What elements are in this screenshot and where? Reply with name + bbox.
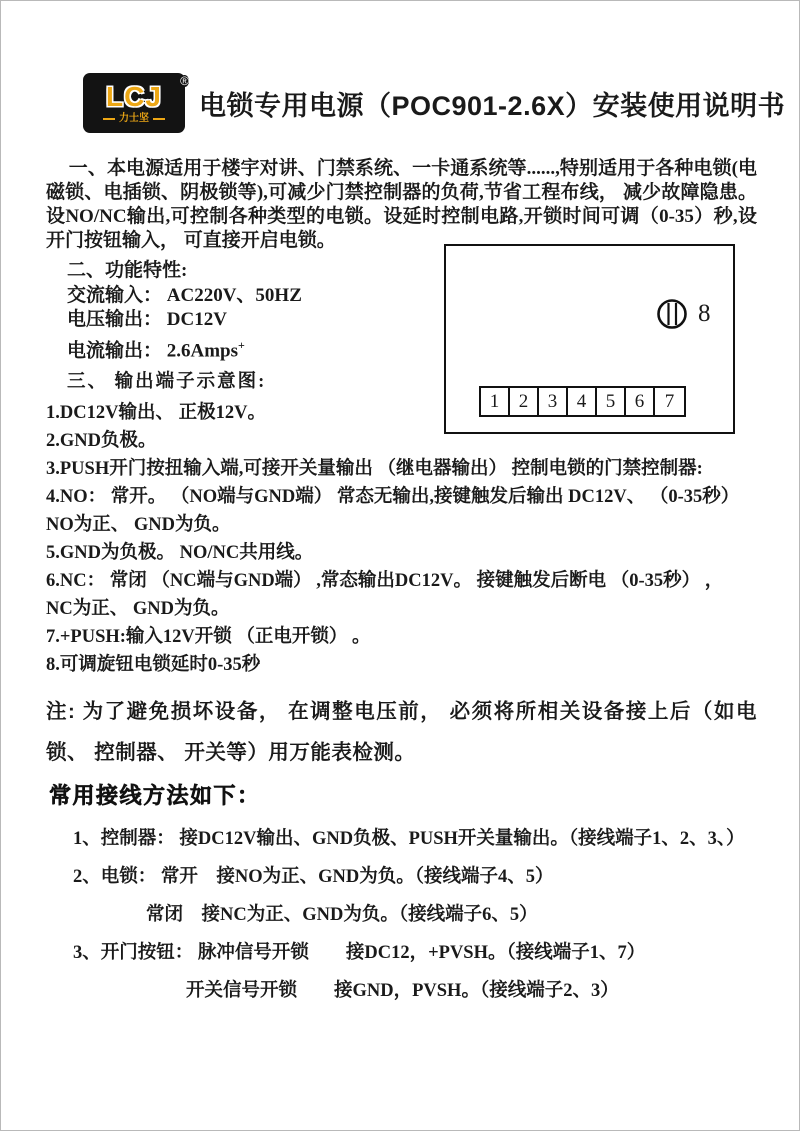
header: LCJ 力士坚 ® 电锁专用电源（POC901-2.6X）安装使用说明书 <box>83 73 759 133</box>
knob-number-label: 8 <box>698 300 711 328</box>
manual-page: LCJ 力士坚 ® 电锁专用电源（POC901-2.6X）安装使用说明书 一、本… <box>0 0 800 1131</box>
features-section: 二、功能特性: 交流输入： AC220V、50HZ 电压输出： DC12V 电流… <box>67 259 302 363</box>
wiring-line: 3、开门按钮： 脉冲信号开锁 接DC12，+PVSH。（接线端子1、7） <box>73 943 759 963</box>
terminals-section: 三、 输出端子示意图: 1.DC12V输出、 正极12V。2.GND负极。3.P… <box>46 367 759 683</box>
feature-voltage-output: 电压输出： DC12V <box>67 308 302 333</box>
intro-paragraph: 一、本电源适用于楼宇对讲、门禁系统、一卡通系统等......,特别适用于各种电锁… <box>46 157 757 253</box>
adjust-knob-icon <box>656 298 690 330</box>
wiring-section: 1、控制器： 接DC12V输出、GND负极、PUSH开关量输出。（接线端子1、2… <box>46 829 759 1019</box>
terminal-desc-line: 2.GND负极。 <box>46 431 759 452</box>
logo-sub-label: 力士坚 <box>119 114 149 124</box>
logo-sub-text: 力士坚 <box>103 114 165 124</box>
delay-knob-group: 8 <box>656 298 711 330</box>
terminal-desc-line: 8.可调旋钮电锁延时0-35秒 <box>46 655 759 676</box>
terminal-desc-line: 6.NC： 常闭 （NC端与GND端） ,常态输出DC12V。 接键触发后断电 … <box>46 571 759 592</box>
terminal-desc-line: 7.+PUSH:输入12V开锁 （正电开锁） 。 <box>46 627 759 648</box>
wiring-line: 常闭 接NC为正、GND为负。（接线端子6、5） <box>146 905 759 925</box>
registered-mark: ® <box>180 75 189 87</box>
terminals-heading: 三、 输出端子示意图: <box>67 367 759 393</box>
terminal-desc-line: 3.PUSH开门按扭输入端,可接开关量输出 （继电器输出） 控制电锁的门禁控制器… <box>46 459 759 480</box>
logo-brand-text: LCJ <box>106 83 162 111</box>
wiring-line: 开关信号开锁 接GND，PVSH。（接线端子2、3） <box>186 981 759 1001</box>
logo-dash-right <box>153 118 165 120</box>
wiring-line: 2、电锁： 常开 接NO为正、GND为负。（接线端子4、5） <box>73 867 759 887</box>
terminal-desc-line: NC为正、 GND为负。 <box>46 599 759 620</box>
lcj-logo: LCJ 力士坚 ® <box>83 73 185 133</box>
feature-current-output: 电流输出： 2.6Amps+ <box>67 333 302 364</box>
terminal-desc-line: 4.NO： 常开。 （NO端与GND端） 常态无输出,接键触发后输出 DC12V… <box>46 487 759 508</box>
terminal-desc-line: NO为正、 GND为负。 <box>46 515 759 536</box>
feature-ac-input: 交流输入： AC220V、50HZ <box>67 284 302 309</box>
current-superscript: + <box>238 338 245 352</box>
features-heading: 二、功能特性: <box>67 259 302 284</box>
warning-note: 注: 为了避免损坏设备， 在调整电压前， 必须将所相关设备接上后（如电锁、 控制… <box>46 691 757 773</box>
terminal-desc-line: 5.GND为负极。 NO/NC共用线。 <box>46 543 759 564</box>
terminal-desc-line: 1.DC12V输出、 正极12V。 <box>46 403 759 424</box>
logo-dash-left <box>103 118 115 120</box>
wiring-line: 1、控制器： 接DC12V输出、GND负极、PUSH开关量输出。（接线端子1、2… <box>73 829 759 849</box>
page-title: 电锁专用电源（POC901-2.6X）安装使用说明书 <box>199 84 785 123</box>
wiring-heading: 常用接线方法如下： <box>49 779 261 810</box>
